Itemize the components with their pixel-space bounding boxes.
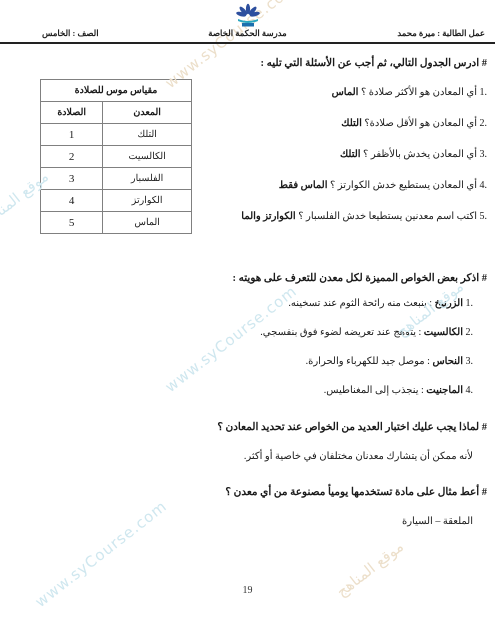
- page-number: 19: [0, 585, 495, 596]
- item-number: 1.: [466, 298, 474, 310]
- table-row: الفلسبار 3: [41, 168, 192, 190]
- section1-title: # ادرس الجدول التالي، ثم أجب عن الأسئلة …: [8, 57, 487, 69]
- table-row: الكوارتز 4: [41, 190, 192, 212]
- question-text: أي المعادن يخدش بالأظفر ؟: [361, 149, 480, 160]
- table-row: الماس 5: [41, 212, 192, 234]
- item-number: 3.: [466, 356, 474, 368]
- question-1: 1. أي المعادن هو الأكثر صلادة ؟ الماس: [200, 87, 487, 99]
- column-header-hardness: الصلادة: [41, 102, 103, 124]
- item-number: 4.: [466, 385, 474, 397]
- section2-title: # اذكر بعض الخواص المميزة لكل معدن للتعر…: [8, 272, 487, 284]
- question-answer: التلك: [341, 118, 362, 129]
- question-answer: التلك: [340, 149, 361, 160]
- property-item-1: 1. الزرنيخ : ينبعث منه رائحة الثوم عند ت…: [8, 298, 473, 310]
- section3-title: # لماذا يجب عليك اختبار العديد من الخواص…: [8, 421, 487, 433]
- question-number: 4.: [480, 180, 488, 192]
- school-name-label: مدرسة الحكمة الخاصة: [208, 28, 286, 39]
- mineral-term: الماجنيت: [426, 385, 465, 396]
- mineral-description: : يتوهج عند تعريضه لضوء فوق بنفسجي.: [260, 327, 424, 338]
- mineral-cell: الكالسيت: [103, 146, 192, 168]
- school-logo-icon: [232, 2, 264, 28]
- question-3: 3. أي المعادن يخدش بالأظفر ؟ التلك: [200, 149, 487, 161]
- mineral-term: الكالسيت: [424, 327, 466, 338]
- grade-label: الصف : الخامس: [42, 28, 99, 39]
- table-caption: مقياس موس للصلادة: [41, 80, 192, 102]
- question-text: أي المعادن يستطيع خدش الكوارتز ؟: [327, 180, 479, 191]
- mineral-description: : ينبعث منه رائحة الثوم عند تسخينه.: [288, 298, 434, 309]
- mineral-term: النحاس: [432, 356, 465, 367]
- question-5: 5. اكتب اسم معدنين يستطيعا خدش الفلسبار …: [200, 211, 487, 223]
- question-answer: الكوارتز والما: [241, 211, 295, 222]
- item-number: 2.: [466, 327, 474, 339]
- question-4: 4. أي المعادن يستطيع خدش الكوارتز ؟ الما…: [200, 180, 487, 192]
- questions-list: 1. أي المعادن هو الأكثر صلادة ؟ الماس 2.…: [200, 75, 487, 242]
- table-row: التلك 1: [41, 124, 192, 146]
- worksheet-page: www.syCourse.com موقع المناهج www.syCour…: [0, 0, 495, 640]
- hardness-cell: 2: [41, 146, 103, 168]
- question-text: أي المعادن هو الأكثر صلادة ؟: [358, 87, 479, 98]
- mineral-description: : موصل جيد للكهرباء والحرارة.: [306, 356, 433, 367]
- hardness-cell: 3: [41, 168, 103, 190]
- property-item-3: 3. النحاس : موصل جيد للكهرباء والحرارة.: [8, 356, 473, 368]
- worksheet-content: # ادرس الجدول التالي، ثم أجب عن الأسئلة …: [0, 57, 495, 527]
- mineral-cell: الماس: [103, 212, 192, 234]
- page-header: عمل الطالبة : ميرة محمد مدرسة الحكمة الخ…: [0, 0, 495, 44]
- column-header-mineral: المعدن: [103, 102, 192, 124]
- hardness-cell: 1: [41, 124, 103, 146]
- property-item-2: 2. الكالسيت : يتوهج عند تعريضه لضوء فوق …: [8, 327, 473, 339]
- question-text: اكتب اسم معدنين يستطيعا خدش الفلسبار ؟: [296, 211, 480, 222]
- question-number: 5.: [480, 211, 488, 223]
- hardness-cell: 5: [41, 212, 103, 234]
- mineral-cell: الكوارتز: [103, 190, 192, 212]
- mineral-term: الزرنيخ: [435, 298, 466, 309]
- mineral-cell: التلك: [103, 124, 192, 146]
- mohs-table-wrapper: مقياس موس للصلادة المعدن الصلادة التلك 1…: [8, 75, 200, 242]
- property-item-4: 4. الماجنيت : ينجذب إلى المغناطيس.: [8, 385, 473, 397]
- section3-answer: لأنه ممكن أن يتشارك معدنان مختلفان في خا…: [8, 451, 473, 462]
- question-answer: الماس فقط: [279, 180, 328, 191]
- table-and-questions-row: مقياس موس للصلادة المعدن الصلادة التلك 1…: [8, 75, 487, 242]
- section4-answer: الملعقة – السيارة: [8, 516, 473, 527]
- table-row: الكالسيت 2: [41, 146, 192, 168]
- question-2: 2. أي المعادن هو الأقل صلادة؟ التلك: [200, 118, 487, 130]
- question-number: 2.: [480, 118, 488, 130]
- question-answer: الماس: [332, 87, 359, 98]
- question-number: 3.: [480, 149, 488, 161]
- question-number: 1.: [480, 87, 488, 99]
- mineral-description: : ينجذب إلى المغناطيس.: [324, 385, 427, 396]
- hardness-cell: 4: [41, 190, 103, 212]
- mineral-cell: الفلسبار: [103, 168, 192, 190]
- question-text: أي المعادن هو الأقل صلادة؟: [362, 118, 480, 129]
- student-name-label: عمل الطالبة : ميرة محمد: [397, 28, 485, 39]
- mohs-hardness-table: مقياس موس للصلادة المعدن الصلادة التلك 1…: [40, 79, 192, 234]
- section4-title: # أعط مثال على مادة تستخدمها يوميأ مصنوع…: [8, 486, 487, 498]
